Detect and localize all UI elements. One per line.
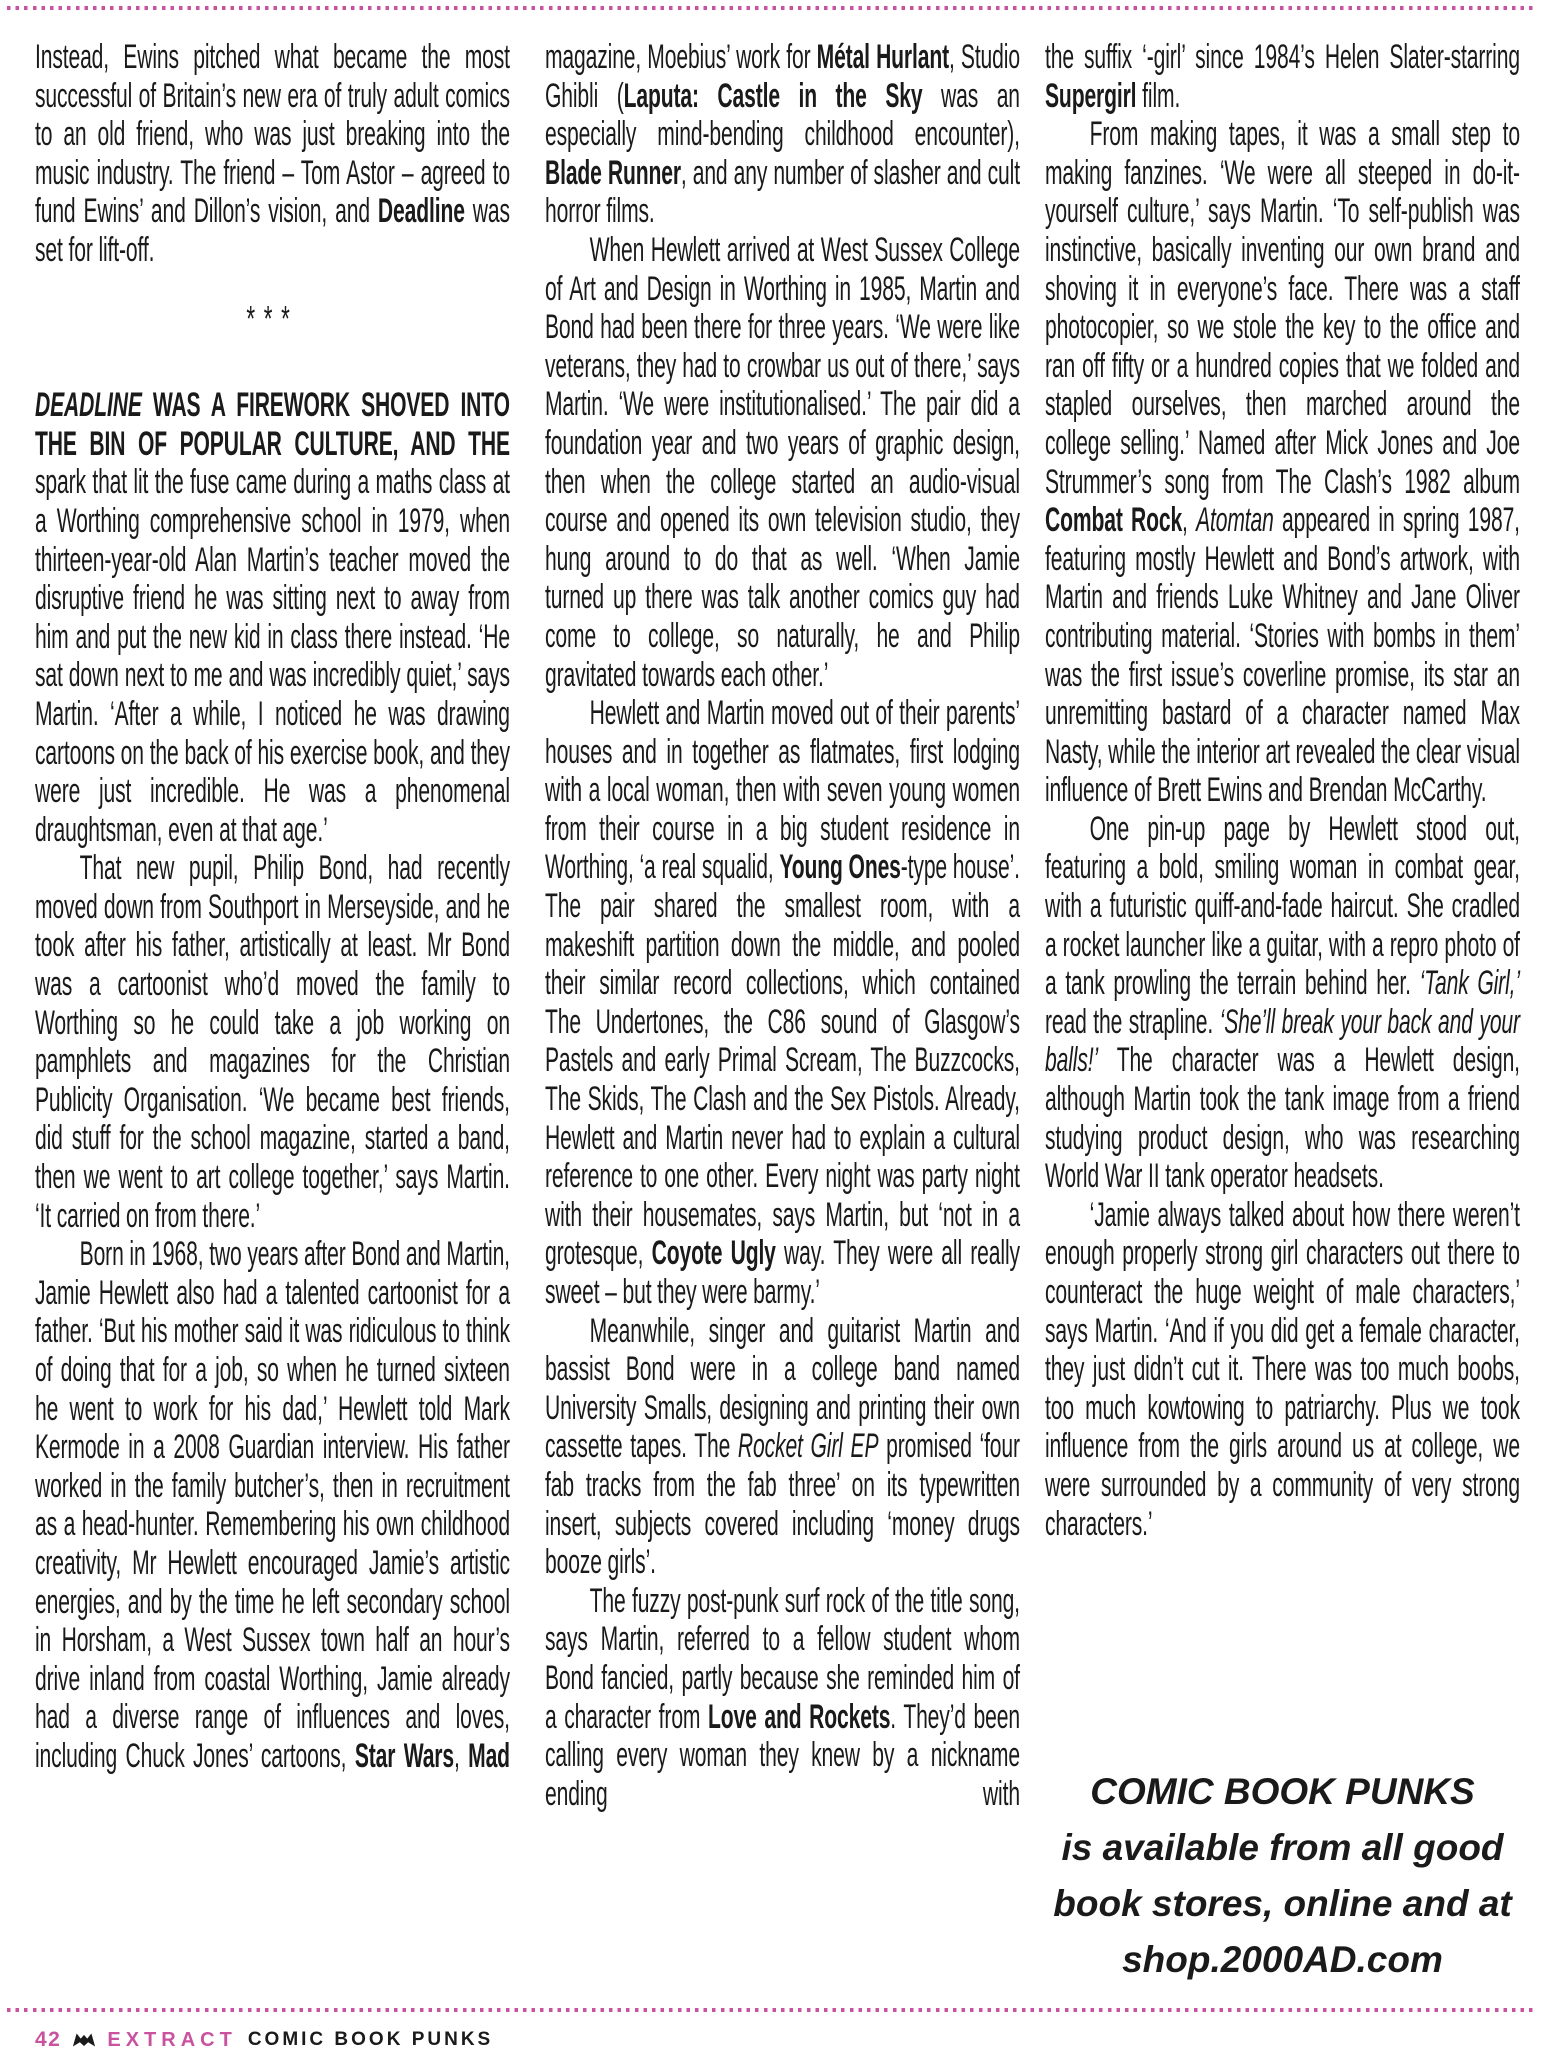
text-column-3: the suffix ‘-girl’ since 1984’s Helen Sl… bbox=[1045, 38, 1520, 2028]
footer-book-title: COMIC BOOK PUNKS bbox=[248, 2029, 493, 2051]
bottom-dotted-divider bbox=[7, 2008, 1538, 2012]
paragraph: DEADLINE WAS A FIREWORK SHOVED INTO THE … bbox=[35, 386, 510, 849]
paragraph: The fuzzy post-punk surf rock of the tit… bbox=[545, 1582, 1020, 1814]
text-column-1-content: Instead, Ewins pitched what became the m… bbox=[35, 38, 510, 1776]
closing-line: is available from all good bbox=[1033, 1820, 1532, 1876]
rebellion-bat-logo-icon bbox=[72, 2032, 96, 2048]
top-dotted-divider bbox=[7, 6, 1538, 10]
paragraph: ‘Jamie always talked about how there wer… bbox=[1045, 1196, 1520, 1543]
closing-availability-note: COMIC BOOK PUNKS is available from all g… bbox=[1033, 1764, 1532, 1988]
text-column-1: Instead, Ewins pitched what became the m… bbox=[35, 38, 510, 1776]
page-number: 42 bbox=[35, 2028, 61, 2052]
paragraph: magazine, Moebius’ work for Métal Hurlan… bbox=[545, 38, 1020, 231]
paragraph: Born in 1968, two years after Bond and M… bbox=[35, 1235, 510, 1775]
paragraph: the suffix ‘-girl’ since 1984’s Helen Sl… bbox=[1045, 38, 1520, 115]
closing-line: COMIC BOOK PUNKS bbox=[1033, 1764, 1532, 1820]
paragraph: That new pupil, Philip Bond, had recentl… bbox=[35, 849, 510, 1235]
paragraph: Hewlett and Martin moved out of their pa… bbox=[545, 694, 1020, 1312]
text-column-2: magazine, Moebius’ work for Métal Hurlan… bbox=[545, 38, 1020, 1813]
paragraph: From making tapes, it was a small step t… bbox=[1045, 115, 1520, 810]
text-column-3-content: the suffix ‘-girl’ since 1984’s Helen Sl… bbox=[1045, 38, 1520, 1543]
footer-section-label: EXTRACT bbox=[107, 2029, 236, 2052]
paragraph: Instead, Ewins pitched what became the m… bbox=[35, 38, 510, 270]
magazine-extract-page: Instead, Ewins pitched what became the m… bbox=[0, 0, 1545, 2057]
paragraph: One pin-up page by Hewlett stood out, fe… bbox=[1045, 810, 1520, 1196]
paragraph: When Hewlett arrived at West Sussex Coll… bbox=[545, 231, 1020, 694]
paragraph: Meanwhile, singer and guitarist Martin a… bbox=[545, 1312, 1020, 1582]
text-column-2-content: magazine, Moebius’ work for Métal Hurlan… bbox=[545, 38, 1020, 1813]
closing-line: book stores, online and at bbox=[1033, 1876, 1532, 1932]
section-separator: *** bbox=[35, 300, 510, 339]
closing-line: shop.2000AD.com bbox=[1033, 1932, 1532, 1988]
page-footer: 42 EXTRACT COMIC BOOK PUNKS bbox=[35, 2028, 493, 2052]
